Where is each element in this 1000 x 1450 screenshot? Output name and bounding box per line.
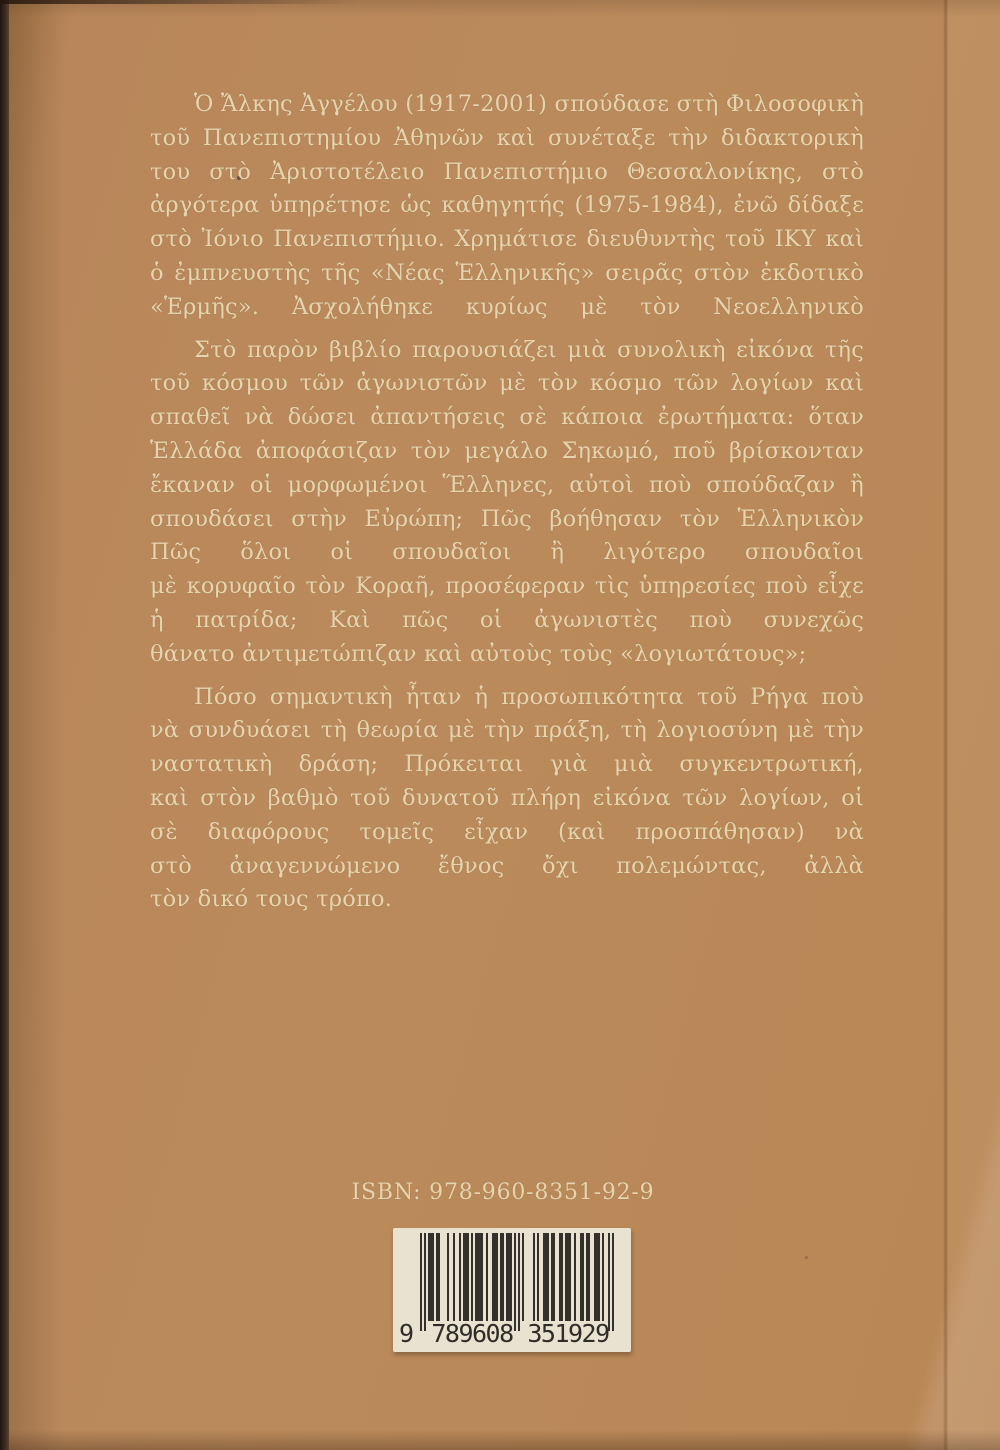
blurb-line: στὸ ἀναγεννώμενο ἔθνος ὄχι πολεμώντας, ἀ… <box>150 850 864 884</box>
book-back-cover: Ὁ Ἄλκης Ἀγγέλου (1917-2001) σπούδασε στὴ… <box>0 0 1000 1450</box>
blurb-line: του στὸ Ἀριστοτέλειο Πανεπιστήμιο Θεσσαλ… <box>150 156 864 190</box>
top-edge-shadow <box>0 0 360 4</box>
paper-speck <box>805 1256 808 1259</box>
cover-hinge-strip <box>948 0 1000 1450</box>
blurb-line: θάνατο ἀντιμετώπιζαν καὶ αὐτοὺς τοὺς «λο… <box>150 638 864 672</box>
spine-shadow <box>9 0 64 1450</box>
blurb-line: στὸ Ἰόνιο Πανεπιστήμιο. Χρημάτισε διευθυ… <box>150 223 864 257</box>
blurb-line: σπαθεῖ νὰ δώσει ἀπαντήσεις σὲ κάποια ἐρω… <box>150 401 864 435</box>
barcode: 9 789608 351929 <box>393 1228 631 1352</box>
barcode-right-digits: 351929 <box>523 1319 613 1349</box>
blurb-line: «Ἑρμῆς». Ἀσχολήθηκε κυρίως μὲ τὸν Νεοελλ… <box>150 291 864 325</box>
blurb-line: Ὁ Ἄλκης Ἀγγέλου (1917-2001) σπούδασε στὴ… <box>150 88 864 122</box>
blurb-paragraph-synopsis: Στὸ παρὸν βιβλίο παρουσιάζει μιὰ συνολικ… <box>150 334 864 672</box>
blurb-line: ὁ ἐμπνευστὴς τῆς «Νέας Ἑλληνικῆς» σειρᾶς… <box>150 257 864 291</box>
blurb-line: καὶ στὸν βαθμὸ τοῦ δυνατοῦ πλήρη εἰκόνα … <box>150 782 864 816</box>
blurb-line: τὸν δικό τους τρόπο. <box>150 883 864 917</box>
blurb-line: ἀργότερα ὑπηρέτησε ὡς καθηγητής (1975-19… <box>150 189 864 223</box>
barcode-leading-digit: 9 <box>399 1319 413 1349</box>
blurb-line: σὲ διαφόρους τομεῖς εἶχαν (καὶ προσπάθησ… <box>150 816 864 850</box>
blurb-line: νὰ συνδυάσει τὴ θεωρία μὲ τὴν πράξη, τὴ … <box>150 714 864 748</box>
blurb-line: Πόσο σημαντικὴ ἦταν ἡ προσωπικότητα τοῦ … <box>150 681 864 715</box>
blurb-line: ἔκαναν οἱ μορφωμένοι Ἕλληνες, αὐτοὶ ποὺ … <box>150 469 864 503</box>
isbn-text: ISBN: 978-960-8351-92-9 <box>330 1180 676 1205</box>
blurb-line: μὲ κορυφαῖο τὸν Κοραῆ, προσέφεραν τὶς ὑπ… <box>150 570 864 604</box>
blurb-line: Ἑλλάδα ἀποφάσιζαν τὸν μεγάλο Σηκωμό, ποῦ… <box>150 435 864 469</box>
blurb-line: σπουδάσει στὴν Εὐρώπη; Πῶς βοήθησαν τὸν … <box>150 503 864 537</box>
barcode-module <box>612 1233 614 1331</box>
barcode-digits: 9 789608 351929 <box>393 1319 631 1349</box>
blurb-line: Πῶς ὅλοι οἱ σπουδαῖοι ἢ λιγότερο σπουδαῖ… <box>150 536 864 570</box>
blurb-paragraph-rigas: Πόσο σημαντικὴ ἦταν ἡ προσωπικότητα τοῦ … <box>150 681 864 918</box>
book-spine-edge <box>0 0 9 1450</box>
blurb-line: τοῦ Πανεπιστημίου Ἀθηνῶν καὶ συνέταξε τὴ… <box>150 122 864 156</box>
barcode-left-digits: 789608 <box>427 1319 517 1349</box>
blurb-text: Ὁ Ἄλκης Ἀγγέλου (1917-2001) σπούδασε στὴ… <box>150 88 864 917</box>
blurb-paragraph-author: Ὁ Ἄλκης Ἀγγέλου (1917-2001) σπούδασε στὴ… <box>150 88 864 325</box>
blurb-line: ἡ πατρίδα; Καὶ πῶς οἱ ἀγωνιστὲς ποὺ συνε… <box>150 604 864 638</box>
blurb-line: Στὸ παρὸν βιβλίο παρουσιάζει μιὰ συνολικ… <box>150 334 864 368</box>
barcode-bars <box>420 1233 614 1331</box>
blurb-line: τοῦ κόσμου τῶν ἀγωνιστῶν μὲ τὸν κόσμο τῶ… <box>150 367 864 401</box>
blurb-line: ναστατικὴ δράση; Πρόκειται γιὰ μιὰ συγκε… <box>150 748 864 782</box>
